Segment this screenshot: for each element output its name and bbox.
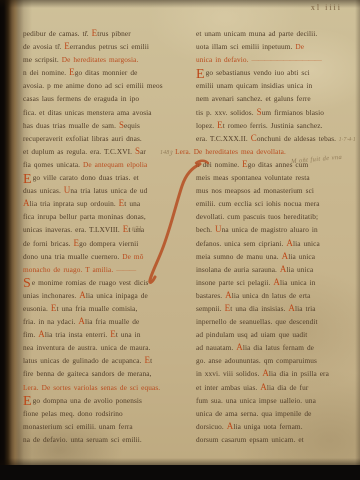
text-line: avosia. p me anime dono ad sci emilii me… (23, 79, 190, 92)
text-segment: go dompna una de avolio ponensis (33, 396, 142, 405)
text-segment: fica. et ditas unicas menstera ama avosi… (23, 108, 152, 117)
text-segment: ad pindulam usq ad uiam que uadit (196, 330, 307, 339)
text-segment: recuperaverit exfoliat libras auri dnas. (23, 134, 142, 143)
text-segment: casas laus fermens de eraguda in ipo (23, 94, 139, 103)
text-line: unicas inaveras. era. T.LXVIII. Et una (23, 223, 190, 236)
text-line: meis meas spontanea voluntate resta (196, 171, 358, 184)
text-line: me scripsit. De hereditates margosia. (23, 53, 190, 66)
text-line: monacho de ruago. T amilia. ——— (23, 263, 190, 276)
text-line: nem avenari sanchez. et galuns ferre (196, 92, 358, 105)
text-segment: dono una tria mualle cuernero. (23, 252, 122, 261)
text-segment: devollati. cum pascuis tuos hereditatib; (196, 212, 318, 221)
text-line: Ego sebastianus vendo iuo abti sci (196, 66, 358, 79)
text-segment: A (225, 290, 232, 300)
text-segment: ——— (116, 265, 135, 274)
page-top-shade (0, 0, 360, 8)
text-line: tis p. xxv. solidos. Sum firmianos blasi… (196, 106, 358, 119)
text-line: fria. in na ydaci. Alia fria mualle de (23, 315, 190, 328)
text-line: era. T.C.XXX.II. Conchuni de aldesas teb… (196, 132, 358, 145)
text-segment: nea inventura de austra. unica de maura. (23, 343, 151, 352)
text-segment: lia unica dn latus de erta (232, 291, 311, 300)
text-line: Ego ville carato dono duas trias. et (23, 171, 190, 184)
text-line: in xxvi. viii solidos. Alia dia in psill… (196, 367, 358, 380)
text-segment: De (295, 42, 304, 51)
text-segment: lia dia latus fernam de (243, 343, 314, 352)
text-line: Alia tria inprata sup ordouin. Et una (23, 197, 190, 210)
text-line: ad pindulam usq ad uiam que uadit (196, 328, 358, 341)
text-segment: uota illam sci emilii inpetuum. (196, 42, 295, 51)
text-segment: monacho de ruago. T amilia. (23, 265, 116, 274)
text-line: duas unicas. Una tria latus unica de ud (23, 184, 190, 197)
text-segment: De hereditates margosia. (62, 55, 139, 64)
text-line: de forni bricas. Ego dompera viernii (23, 237, 190, 250)
text-line: sempnii. Et una dia insisias. Alia tria (196, 302, 358, 315)
text-line: fica. et ditas unicas menstera ama avosi… (23, 106, 190, 119)
text-line: recuperaverit exfoliat libras auri dnas. (23, 132, 190, 145)
text-segment: A (23, 198, 30, 208)
text-line: monasterium sci emilii. unam ferra (23, 420, 190, 433)
text-segment: lia dia de fur (267, 383, 308, 392)
text-segment: n dei nomine. (23, 68, 69, 77)
text-segment: De mõ (122, 252, 143, 261)
text-line: emilii. cum ecclia sci iohis nocua mera (196, 197, 358, 210)
text-segment: fire benna de gaiteca sandors de merana, (23, 369, 152, 378)
text-line: et unam unicam muna ad parte decilii. (196, 27, 358, 40)
text-segment: na unica de magistro aluaro in (222, 225, 318, 234)
text-segment: lia tria insta enterri. (45, 330, 110, 339)
text-segment: insone parte sci pelagii. (196, 278, 273, 287)
text-line: unica de ama serna. qua impenile de (196, 407, 358, 420)
text-segment: na tria latus unica de ud (70, 186, 147, 195)
text-line: fire benna de gaiteca sandors de merana, (23, 367, 190, 380)
text-segment: et inter ambas uias. (196, 383, 260, 392)
text-segment: fione pelas meq. dono rodsirino (23, 409, 123, 418)
text-line: mus nos meapsos ad monasterium sci (196, 184, 358, 197)
text-segment: t romeo ferris. Justinia sanchez. (223, 121, 323, 130)
text-segment: A (236, 342, 243, 352)
text-line: dono una tria mualle cuernero. De mõ (23, 250, 190, 263)
text-segment: 1·7·4·1 (336, 137, 356, 143)
text-segment: lia fria mualle de (85, 317, 139, 326)
text-segment: e monime romias de ruago vest dicis (32, 278, 149, 287)
text-line: nea inventura de austra. unica de maura. (23, 341, 190, 354)
page-bottom-edge (0, 465, 360, 480)
text-segment: defanos. unica sem cipriani. (196, 239, 286, 248)
text-line: has duas trias mualle de sam. Sequis (23, 119, 190, 132)
text-segment: onchuni de aldesas tebas. (257, 134, 336, 143)
text-segment: 148ꝫ (160, 150, 175, 156)
text-line: insolana de auria sarauna. Alia unica (196, 263, 358, 276)
text-segment: Lera. De sortes variolas senas de sci eq… (23, 383, 160, 392)
text-line: fione pelas meq. dono rodsirino (23, 407, 190, 420)
text-segment: latus unicas de gulinado de acupanca. (23, 356, 144, 365)
text-segment: go. anse adoununtas. qm comparuimus (196, 356, 317, 365)
text-segment: monasterium sci emilii. unam ferra (23, 422, 133, 431)
text-line: latus unicas de gulinado de acupanca. Et (23, 354, 190, 367)
text-segment: lia unica (288, 252, 315, 261)
text-segment: lopez. (196, 121, 217, 130)
text-segment: insolana de auria sarauna. (196, 265, 280, 274)
text-segment: lia unica (287, 265, 314, 274)
text-line: de avosia tr̃. Eerrandus petrus sci emil… (23, 40, 190, 53)
text-line: devollati. cum pascuis tuos hereditatib; (196, 210, 358, 223)
text-segment: n dei nomine. (196, 160, 242, 169)
text-segment: t (150, 356, 152, 365)
text-segment: de forni bricas. (23, 239, 74, 248)
text-segment: tis p. xxv. solidos. (196, 108, 257, 117)
text-line: inpernello de seanuellas. que descendit (196, 315, 358, 328)
text-segment: et duplum as regula. era. T.C.XVI. (23, 147, 135, 156)
text-segment: fria. in na ydaci. (23, 317, 78, 326)
text-segment: go ville carato dono duas trias. et (33, 173, 139, 182)
text-line: ad nauatam. Alia dia latus fernam de (196, 341, 358, 354)
text-line: na de defavio. unta seruam sci emilii. (23, 433, 190, 446)
text-segment: has duas trias mualle de sam. (23, 121, 119, 130)
text-line: emilii unam quicam insidias unica in (196, 79, 358, 92)
text-segment: fim. (23, 330, 38, 339)
text-line: fica inrupa bellur parta moninas donas, (23, 210, 190, 223)
text-segment: dorsicuo. (196, 422, 227, 431)
text-segment: emilii. cum ecclia sci iohis nocua mera (196, 199, 320, 208)
text-segment: ar (140, 147, 146, 156)
text-segment: go sebastianus vendo iuo abti sci (206, 68, 310, 77)
text-line: unias inchonares. Alia unica inipaga de (23, 289, 190, 302)
text-segment: go ditas monnier de (75, 68, 138, 77)
text-segment: A (260, 382, 267, 392)
text-line: eusonia. Et una fria mualle comisia, (23, 302, 190, 315)
text-segment: inpernello de seanuellas. que descendit (196, 317, 318, 326)
text-segment: t una fria mualle comisia, (56, 304, 137, 313)
text-segment: fia qomes unicata. (23, 160, 83, 169)
text-segment: mus nos meapsos ad monasterium sci (196, 186, 314, 195)
text-segment: lia unica (293, 239, 320, 248)
text-segment: ——————————— (251, 55, 320, 64)
text-segment: dorsum casarum epsam unicam. et (196, 435, 304, 444)
text-segment: A (280, 264, 287, 274)
text-line: insone parte sci pelagii. Alia unica in (196, 276, 358, 289)
text-segment: in xxvi. viii solidos. (196, 369, 262, 378)
text-segment: A (38, 329, 45, 339)
page-bottom-shadow (0, 458, 360, 465)
text-segment: fica inrupa bellur parta moninas donas, (23, 212, 146, 221)
text-line: unica in defavio. ——————————— (196, 53, 358, 66)
text-line: lopez. Et romeo ferris. Justinia sanchez… (196, 119, 358, 132)
text-segment: errandus petrus sci emilii (70, 42, 149, 51)
text-segment: trus pibner (97, 29, 131, 38)
text-segment: et unam unicam muna ad parte decilii. (196, 29, 317, 38)
manuscript-page: xl iiii pedibur de camas. tr̃. Etrus pib… (0, 0, 360, 480)
text-segment: pedibur de camas. tr̃. (23, 29, 92, 38)
text-segment: unica de ama serna. qua impenile de (196, 409, 311, 418)
text-segment: unias inchonares. (23, 291, 79, 300)
folio-number: xl iiii (311, 3, 342, 12)
text-segment: go dompera viernii (79, 239, 138, 248)
text-line: Ego dompna una de avolio ponensis (23, 394, 190, 407)
text-line: go. anse adoununtas. qm comparuimus (196, 354, 358, 367)
text-line: dorsum casarum epsam unicam. et (196, 433, 358, 446)
text-line: bech. Una unica de magistro aluaro in (196, 223, 358, 236)
text-segment: duas unicas. (23, 186, 64, 195)
text-segment: eusonia. (23, 304, 51, 313)
text-line: et inter ambas uias. Alia dia de fur (196, 381, 358, 394)
text-segment: unica in defavio. (196, 55, 251, 64)
text-segment: lia tria inprata sup ordouin. (30, 199, 119, 208)
text-segment: me scripsit. (23, 55, 62, 64)
text-segment: A (288, 303, 295, 313)
text-segment: A (262, 368, 269, 378)
text-segment: fum sua. una unica impse ualleio. una (196, 396, 316, 405)
text-column-right: et unam unicam muna ad parte decilii.uot… (196, 27, 358, 446)
text-segment: lia unica in (280, 278, 316, 287)
text-segment: A (79, 290, 86, 300)
text-line: fim. Alia tria insta enterri. Et una in (23, 328, 190, 341)
text-segment: emilii unam quicam insidias unica in (196, 81, 312, 90)
text-segment: era. T.C.XXX.II. (196, 134, 251, 143)
text-segment: avosia. p me anime dono ad sci emilii me… (23, 81, 163, 90)
text-segment: meia sumno de manu una. (196, 252, 282, 261)
text-segment: A (273, 277, 280, 287)
text-segment: unicas inaveras. era. T.LXVIII. (23, 225, 123, 234)
text-segment: A (286, 238, 293, 248)
text-segment: bech. (196, 225, 215, 234)
text-segment: De antequam elpolia (83, 160, 147, 169)
text-line: uota illam sci emilii inpetuum. De (196, 40, 358, 53)
text-segment: t una (124, 199, 140, 208)
text-line: Lera. De sortes variolas senas de sci eq… (23, 381, 190, 394)
text-segment: U (215, 224, 222, 234)
text-line: dorsicuo. Alia uniga uota fernam. (196, 420, 358, 433)
text-segment: de avosia tr̃. (23, 42, 64, 51)
text-line: fia qomes unicata. De antequam elpolia (23, 158, 190, 171)
text-segment: bastares. (196, 291, 225, 300)
text-line: defanos. unica sem cipriani. Alia unica (196, 237, 358, 250)
text-line: pedibur de camas. tr̃. Etrus pibner (23, 27, 190, 40)
text-segment: A (78, 316, 85, 326)
text-segment: lia dia in psilla era (269, 369, 329, 378)
text-segment: um firmianos blasio (262, 108, 324, 117)
text-line: casas laus fermens de eraguda in ipo (23, 92, 190, 105)
text-segment: lia unica inipaga de (86, 291, 148, 300)
text-segment: na de defavio. unta seruam sci emilii. (23, 435, 142, 444)
text-segment: t una in (116, 330, 141, 339)
text-segment: lia tria (295, 304, 316, 313)
text-line: fum sua. una unica impse ualleio. una (196, 394, 358, 407)
text-line: bastares. Alia unica dn latus de erta (196, 289, 358, 302)
text-line: meia sumno de manu una. Alia unica (196, 250, 358, 263)
text-line: n dei nomine. Ego ditas monnier de (23, 66, 190, 79)
text-segment: t una dia insisias. (230, 304, 288, 313)
text-column-left: pedibur de camas. tr̃. Etrus pibnerde av… (23, 27, 190, 446)
text-segment: sempnii. (196, 304, 225, 313)
text-segment: lia uniga uota fernam. (233, 422, 302, 431)
text-segment: Lera. De hereditates mea devollata. (175, 147, 286, 156)
text-segment: equis (124, 121, 140, 130)
text-line: Se monime romias de ruago vest dicis (23, 276, 190, 289)
text-segment: meis meas spontanea voluntate resta (196, 173, 310, 182)
text-segment: ad nauatam. (196, 343, 236, 352)
text-segment: nem avenari sanchez. et galuns ferre (196, 94, 311, 103)
